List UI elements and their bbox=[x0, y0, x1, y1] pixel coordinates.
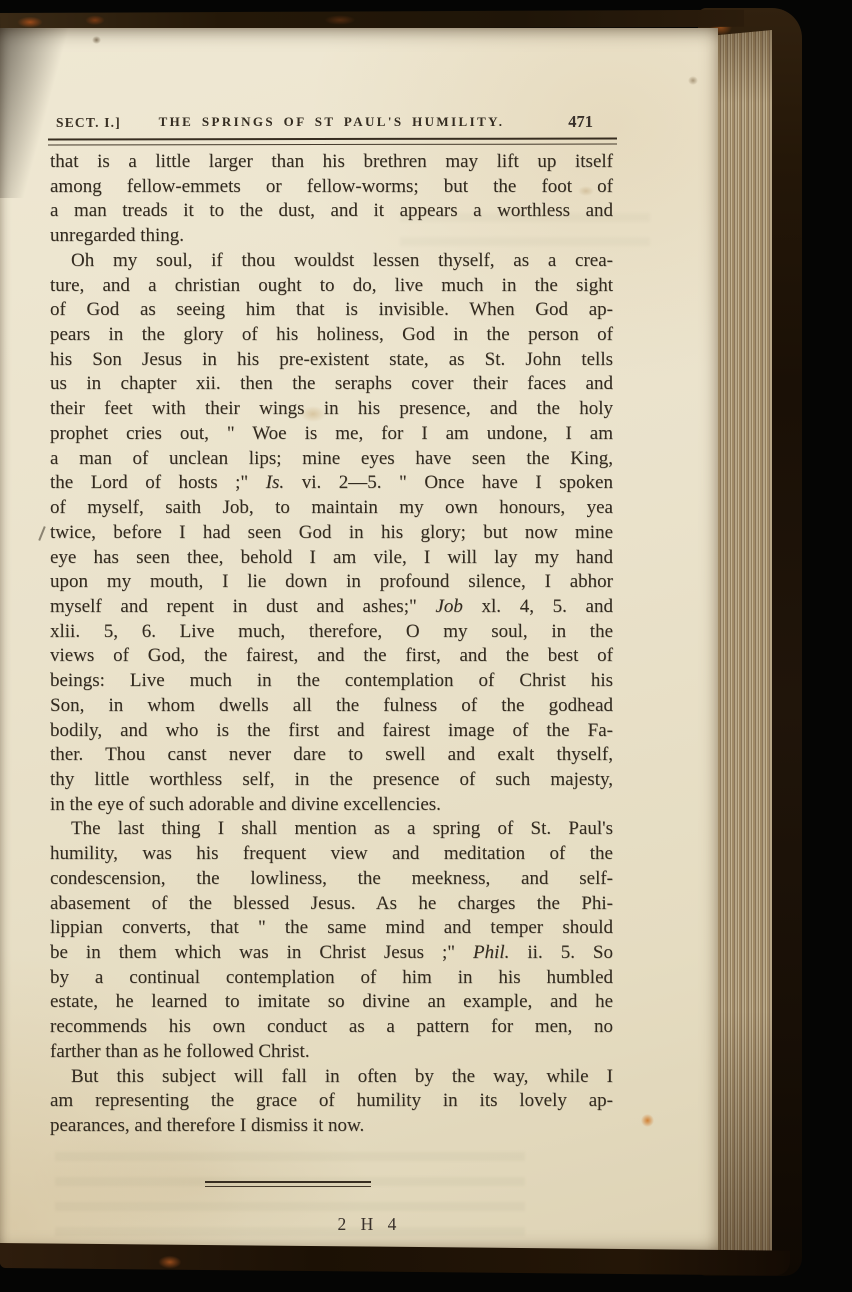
text-line: estate, he learned to imitate so divine … bbox=[50, 990, 613, 1015]
text-line: of myself, saith Job, to maintain my own… bbox=[50, 496, 613, 521]
text-line: abasement of the blessed Jesus. As he ch… bbox=[50, 892, 613, 917]
text-line: by a continual contemplation of him in h… bbox=[50, 966, 613, 991]
text-line: his Son Jesus in his pre-existent state,… bbox=[50, 348, 613, 373]
cover-top-edge bbox=[0, 10, 744, 30]
end-double-rule bbox=[205, 1181, 371, 1187]
body-text: that is a little larger than his brethre… bbox=[50, 150, 613, 1139]
text-line: a man of unclean lips; mine eyes have se… bbox=[50, 447, 613, 472]
stain bbox=[92, 36, 101, 44]
text-line: bodily, and who is the first and fairest… bbox=[50, 719, 613, 744]
text-line: humility, was his frequent view and medi… bbox=[50, 842, 613, 867]
text-line: Oh my soul, if thou wouldst lessen thyse… bbox=[50, 249, 613, 274]
page-showthrough bbox=[55, 1136, 525, 1256]
stain bbox=[688, 76, 698, 85]
fore-edge-page-stack bbox=[714, 30, 772, 1256]
page-number: 471 bbox=[568, 112, 593, 132]
text-line: thy little worthless self, in the presen… bbox=[50, 768, 613, 793]
text-line: recommends his own conduct as a pattern … bbox=[50, 1015, 613, 1040]
book-page: SECT. I.] THE SPRINGS OF ST PAUL'S HUMIL… bbox=[0, 28, 718, 1250]
text-line: us in chapter xii. then the seraphs cove… bbox=[50, 372, 613, 397]
stain bbox=[641, 1114, 654, 1127]
text-line: The last thing I shall mention as a spri… bbox=[50, 817, 613, 842]
text-line: ther. Thou canst never dare to swell and… bbox=[50, 743, 613, 768]
header-double-rule bbox=[48, 138, 617, 145]
text-line: twice, before I had seen God in his glor… bbox=[50, 521, 613, 546]
running-title: THE SPRINGS OF ST PAUL'S HUMILITY. bbox=[50, 114, 613, 130]
margin-mark bbox=[38, 526, 45, 541]
text-line: the Lord of hosts ;" Is. vi. 2—5. " Once… bbox=[50, 471, 613, 496]
text-line: Son, in whom dwells all the fulness of t… bbox=[50, 694, 613, 719]
text-line: that is a little larger than his brethre… bbox=[50, 150, 613, 175]
text-line: pears in the glory of his holiness, God … bbox=[50, 323, 613, 348]
signature-mark: 2 H 4 bbox=[50, 1214, 651, 1235]
text-line: pearances, and therefore I dismiss it no… bbox=[50, 1114, 613, 1139]
text-line: a man treads it to the dust, and it appe… bbox=[50, 199, 613, 224]
text-line: views of God, the fairest, and the first… bbox=[50, 644, 613, 669]
text-line: But this subject will fall in often by t… bbox=[50, 1065, 613, 1090]
text-line: prophet cries out, " Woe is me, for I am… bbox=[50, 422, 613, 447]
text-line: their feet with their wings in his prese… bbox=[50, 397, 613, 422]
book-scan: SECT. I.] THE SPRINGS OF ST PAUL'S HUMIL… bbox=[0, 0, 852, 1292]
text-line: upon my mouth, I lie down in profound si… bbox=[50, 570, 613, 595]
running-header: SECT. I.] THE SPRINGS OF ST PAUL'S HUMIL… bbox=[50, 112, 613, 134]
text-line: lippian converts, that " the same mind a… bbox=[50, 916, 613, 941]
text-line: condescension, the lowliness, the meekne… bbox=[50, 867, 613, 892]
text-line: beings: Live much in the contemplation o… bbox=[50, 669, 613, 694]
text-line: eye has seen thee, behold I am vile, I w… bbox=[50, 546, 613, 571]
text-line: myself and repent in dust and ashes;" Jo… bbox=[50, 595, 613, 620]
text-line: be in them which was in Christ Jesus ;" … bbox=[50, 941, 613, 966]
text-line: xlii. 5, 6. Live much, therefore, O my s… bbox=[50, 620, 613, 645]
text-line: in the eye of such adorable and divine e… bbox=[50, 793, 613, 818]
text-line: of God as seeing him that is invisible. … bbox=[50, 298, 613, 323]
text-line: am representing the grace of humility in… bbox=[50, 1089, 613, 1114]
text-line: unregarded thing. bbox=[50, 224, 613, 249]
text-line: among fellow-emmets or fellow-worms; but… bbox=[50, 175, 613, 200]
text-line: ture, and a christian ought to do, live … bbox=[50, 274, 613, 299]
text-line: farther than as he followed Christ. bbox=[50, 1040, 613, 1065]
